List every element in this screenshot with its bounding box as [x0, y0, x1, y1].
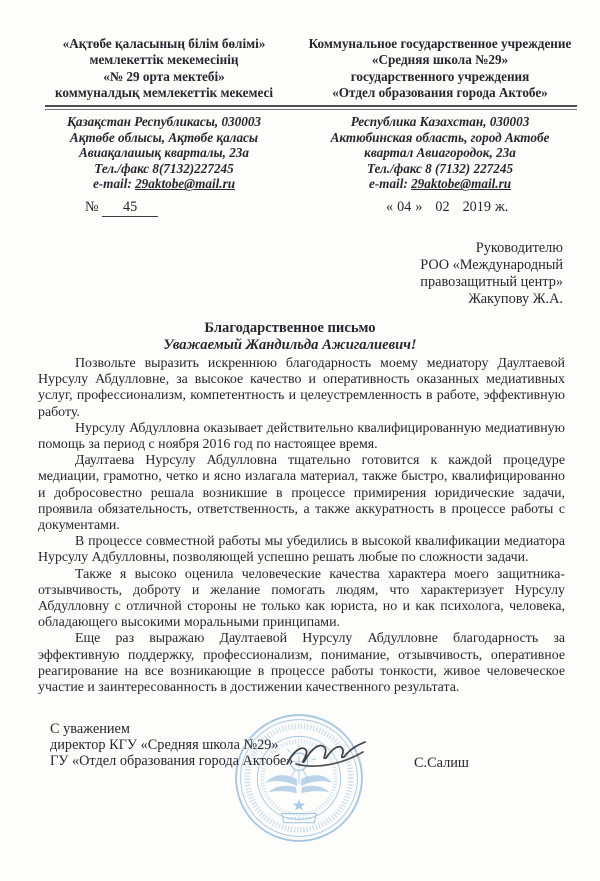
date-quote-open: « — [386, 199, 393, 215]
org-right-line: Коммунальное государственное учреждение — [306, 36, 574, 52]
address-right-line: квартал Авиагородок, 23а — [308, 145, 572, 161]
org-right-line: «Средняя школа №29» — [306, 52, 574, 68]
address-left-email-line: e-mail: 29aktobe@mail.ru — [32, 176, 296, 192]
letterhead: «Ақтөбе қаласының білім бөлімі» мемлекет… — [26, 36, 578, 102]
addressee-line: Руководителю — [420, 240, 563, 257]
body-paragraph: Еще раз выражаю Даултаевой Нурсулу Абдул… — [38, 631, 565, 696]
signer-name: С.Салиш — [414, 755, 469, 772]
salutation: Уважаемый Жандильда Ажигалиевич! — [10, 337, 570, 354]
address-russian: Республика Казахстан, 030003 Актюбинская… — [302, 114, 578, 192]
date-quote-close: » — [415, 199, 422, 215]
number-sign: № — [85, 199, 99, 215]
email-address: 29aktobe@mail.ru — [411, 176, 511, 191]
address-right-line: Актюбинская область, город Актобе — [308, 130, 572, 146]
closing-block: С уважением директор КГУ «Средняя школа … — [50, 722, 293, 770]
body-paragraph: Даултаева Нурсулу Абдулловна тщательно г… — [38, 453, 565, 534]
letter-title: Благодарственное письмо — [10, 320, 570, 337]
date-year: 2019 — [463, 199, 491, 215]
email-label: e-mail: — [369, 176, 408, 191]
body-paragraph: В процессе совместной работы мы убедилис… — [38, 534, 565, 566]
address-right-line: Тел./факс 8 (7132) 227245 — [308, 161, 572, 177]
address-kazakh: Қазақстан Республикасы, 030003 Ақтөбе об… — [26, 114, 302, 192]
signature-icon — [283, 737, 369, 773]
letter-page: «Ақтөбе қаласының білім бөлімі» мемлекет… — [0, 0, 600, 881]
date-month: 02 — [435, 199, 449, 215]
addressee-line: РОО «Международный — [420, 257, 563, 274]
email-label: e-mail: — [93, 176, 132, 191]
org-right-line: государственного учреждения — [306, 69, 574, 85]
header-divider — [45, 105, 577, 110]
email-address: 29aktobe@mail.ru — [135, 176, 235, 191]
letter-body: Позвольте выразить искреннюю благодарнос… — [38, 356, 565, 696]
closing-line: ГУ «Отдел образования города Актобе» — [50, 754, 293, 770]
closing-line: С уважением — [50, 722, 293, 738]
date-day: 04 — [397, 199, 411, 215]
org-right-line: «Отдел образования города Актобе» — [306, 85, 574, 101]
org-left-line: коммуналдық мемлекеттік мекемесі — [30, 85, 298, 101]
body-paragraph: Нурсулу Абдулловна оказывает действитель… — [38, 421, 565, 453]
address-left-line: Тел./факс 8(7132)227245 — [32, 161, 296, 177]
org-left-line: «№ 29 орта мектебі» — [30, 69, 298, 85]
address-blocks: Қазақстан Республикасы, 030003 Ақтөбе об… — [26, 114, 578, 192]
addressee-line: правозащитный центр» — [420, 274, 563, 291]
addressee-line: Жакупову Ж.А. — [420, 291, 563, 308]
closing-line: директор КГУ «Средняя школа №29» — [50, 738, 293, 754]
date-era: ж. — [495, 199, 508, 215]
ref-date: «04»022019ж. — [386, 199, 512, 216]
address-right-line: Республика Казахстан, 030003 — [308, 114, 572, 130]
ref-number: № 45 — [85, 199, 158, 217]
org-left-line: мемлекеттік мекемесінің — [30, 52, 298, 68]
body-paragraph: Позвольте выразить искреннюю благодарнос… — [38, 356, 565, 421]
addressee-block: Руководителю РОО «Международный правозащ… — [420, 240, 563, 308]
address-left-line: Ақтөбе облысы, Ақтөбе қаласы — [32, 130, 296, 146]
org-name-russian: Коммунальное государственное учреждение … — [302, 36, 578, 102]
ref-number-value: 45 — [102, 199, 158, 217]
org-name-kazakh: «Ақтөбе қаласының білім бөлімі» мемлекет… — [26, 36, 302, 102]
address-right-email-line: e-mail: 29aktobe@mail.ru — [308, 176, 572, 192]
org-left-line: «Ақтөбе қаласының білім бөлімі» — [30, 36, 298, 52]
body-paragraph: Также я высоко оценила человеческие каче… — [38, 567, 565, 632]
address-left-line: Авиақалашық кварталы, 23а — [32, 145, 296, 161]
address-left-line: Қазақстан Республикасы, 030003 — [32, 114, 296, 130]
